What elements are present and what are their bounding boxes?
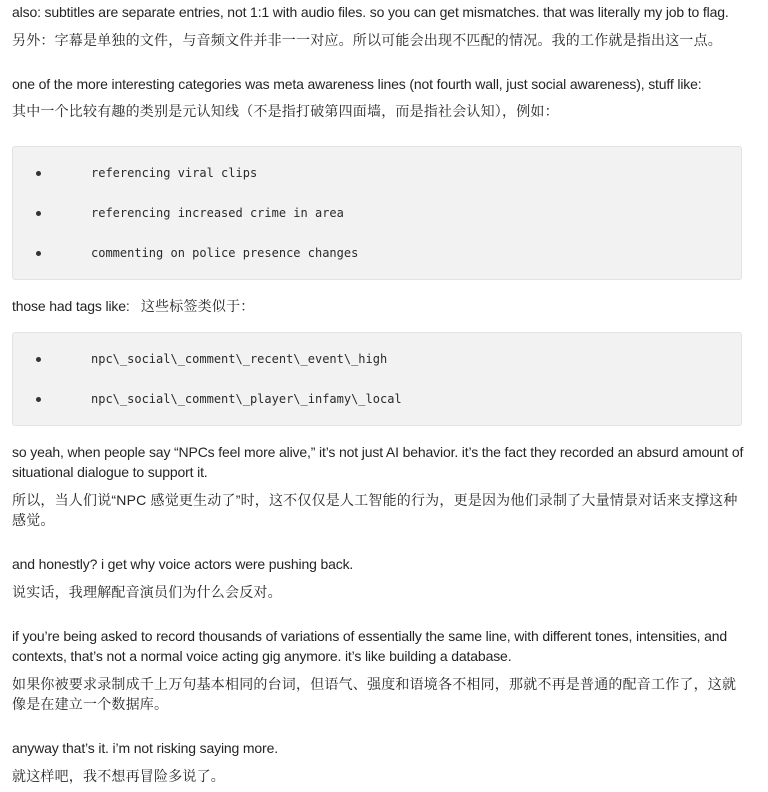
paragraph-meta-awareness-en: one of the more interesting categories w… — [12, 74, 748, 94]
code-text: referencing viral clips — [91, 163, 257, 183]
bullet-icon — [36, 357, 41, 362]
paragraph-pushback-en: and honestly? i get why voice actors wer… — [12, 554, 748, 574]
bullet-icon — [36, 171, 41, 176]
paragraph-closing-zh: 就这样吧，我不想再冒险多说了。 — [12, 766, 748, 786]
bullet-icon — [36, 251, 41, 256]
document-body: also: subtitles are separate entries, no… — [0, 0, 768, 792]
code-text: npc\_social\_comment\_player\_infamy\_lo… — [91, 389, 402, 409]
paragraph-closing-en: anyway that’s it. i’m not risking saying… — [12, 738, 748, 758]
list-item: referencing increased crime in area — [13, 203, 741, 223]
code-text: referencing increased crime in area — [91, 203, 344, 223]
paragraph-tags-zh: 这些标签类似于： — [141, 298, 255, 314]
bullet-icon — [36, 211, 41, 216]
paragraph-pushback-zh: 说实话，我理解配音演员们为什么会反对。 — [12, 582, 748, 602]
code-text: npc\_social\_comment\_recent\_event\_hig… — [91, 349, 387, 369]
paragraph-meta-awareness-zh: 其中一个比较有趣的类别是元认知线（不是指打破第四面墙，而是指社会认知），例如： — [12, 101, 748, 121]
paragraph-tags: those had tags like: 这些标签类似于： — [12, 296, 748, 316]
list-item: npc\_social\_comment\_recent\_event\_hig… — [13, 349, 741, 369]
paragraph-subtitles-zh: 另外：字幕是单独的文件，与音频文件并非一一对应。所以可能会出现不匹配的情况。我的… — [12, 30, 748, 50]
code-block-meta-examples: referencing viral clips referencing incr… — [12, 146, 742, 280]
paragraph-tags-en: those had tags like: — [12, 298, 130, 314]
bullet-icon — [36, 397, 41, 402]
paragraph-database-en: if you’re being asked to record thousand… — [12, 626, 748, 666]
code-text: commenting on police presence changes — [91, 243, 358, 263]
paragraph-npcs-alive-zh: 所以，当人们说“NPC 感觉更生动了”时，这不仅仅是人工智能的行为，更是因为他们… — [12, 490, 748, 530]
paragraph-subtitles-en: also: subtitles are separate entries, no… — [12, 2, 748, 22]
paragraph-npcs-alive-en: so yeah, when people say “NPCs feel more… — [12, 442, 748, 482]
paragraph-database-zh: 如果你被要求录制成千上万句基本相同的台词，但语气、强度和语境各不相同，那就不再是… — [12, 674, 748, 714]
list-item: commenting on police presence changes — [13, 243, 741, 263]
code-block-tag-examples: npc\_social\_comment\_recent\_event\_hig… — [12, 332, 742, 426]
list-item: npc\_social\_comment\_player\_infamy\_lo… — [13, 389, 741, 409]
list-item: referencing viral clips — [13, 163, 741, 183]
